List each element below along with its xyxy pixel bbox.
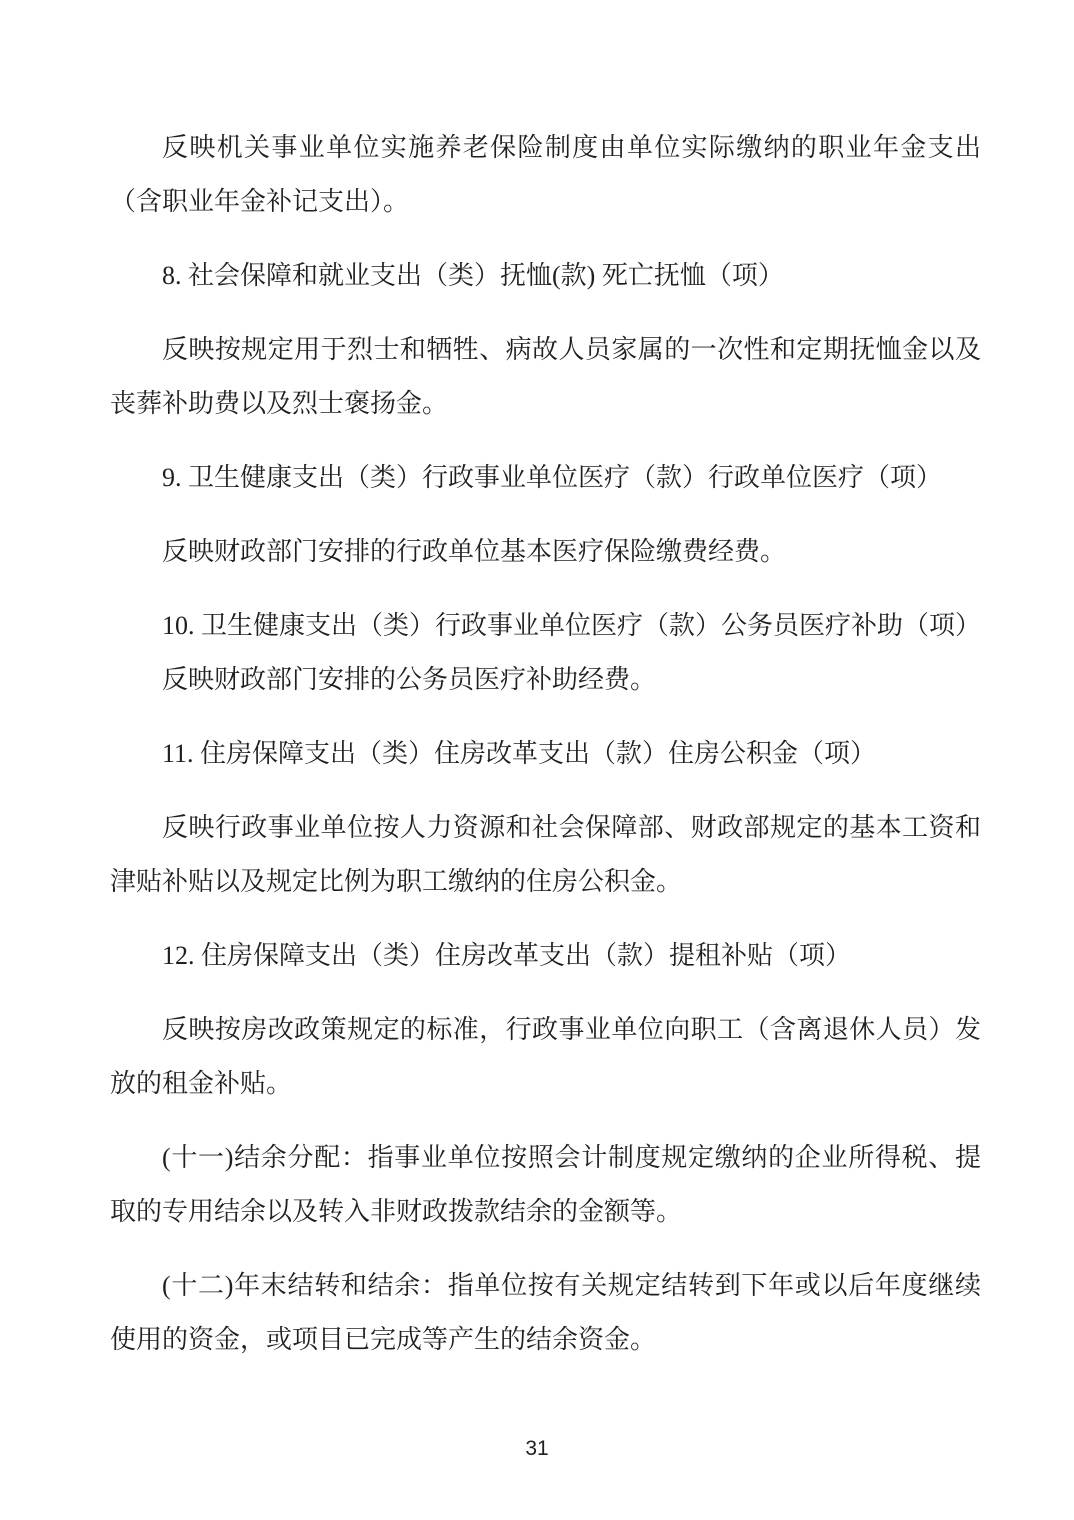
paragraph-item-8-note: 反映按规定用于烈士和牺牲、病故人员家属的一次性和定期抚恤金以及丧葬补助费以及烈士… (110, 323, 981, 431)
paragraph-item-12-note: 反映按房改政策规定的标准，行政事业单位向职工（含离退休人员）发放的租金补贴。 (110, 1003, 981, 1111)
paragraph-item-11-note: 反映行政事业单位按人力资源和社会保障部、财政部规定的基本工资和津贴补贴以及规定比… (110, 801, 981, 909)
section-heading-item-10: 10. 卫生健康支出（类）行政事业单位医疗（款）公务员医疗补助（项） (110, 599, 981, 653)
paragraph-item-10-note: 反映财政部门安排的公务员医疗补助经费。 (110, 653, 981, 707)
section-heading-item-12: 12. 住房保障支出（类）住房改革支出（款）提租补贴（项） (110, 929, 981, 983)
paragraph-definition-12: (十二)年末结转和结余：指单位按有关规定结转到下年或以后年度继续使用的资金，或项… (110, 1259, 981, 1367)
paragraph-item-9-note: 反映财政部门安排的行政单位基本医疗保险缴费经费。 (110, 525, 981, 579)
section-heading-item-11: 11. 住房保障支出（类）住房改革支出（款）住房公积金（项） (110, 727, 981, 781)
page-number: 31 (0, 1436, 1074, 1462)
paragraph-definition-11: (十一)结余分配：指事业单位按照会计制度规定缴纳的企业所得税、提取的专用结余以及… (110, 1131, 981, 1239)
document-page: 反映机关事业单位实施养老保险制度由单位实际缴纳的职业年金支出（含职业年金补记支出… (0, 0, 1074, 1520)
document-body: 反映机关事业单位实施养老保险制度由单位实际缴纳的职业年金支出（含职业年金补记支出… (110, 121, 981, 1367)
section-heading-item-8: 8. 社会保障和就业支出（类）抚恤(款) 死亡抚恤（项） (110, 249, 981, 303)
paragraph-occupational-annuity-note: 反映机关事业单位实施养老保险制度由单位实际缴纳的职业年金支出（含职业年金补记支出… (110, 121, 981, 229)
section-heading-item-9: 9. 卫生健康支出（类）行政事业单位医疗（款）行政单位医疗（项） (110, 451, 981, 505)
